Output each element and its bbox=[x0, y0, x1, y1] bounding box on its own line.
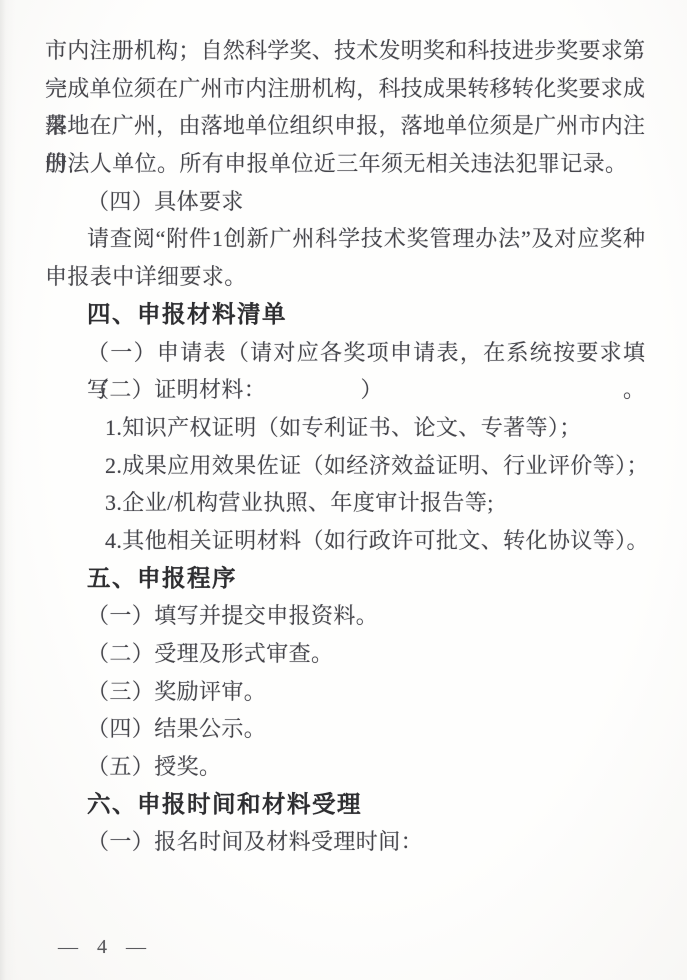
document-line: （四）结果公示。 bbox=[45, 710, 645, 748]
document-line: 1.知识产权证明（如专利证书、论文、专著等）； bbox=[45, 409, 645, 447]
document-line: （一）填写并提交申报资料。 bbox=[45, 597, 645, 635]
section-heading: 六、申报时间和材料受理 bbox=[45, 786, 645, 824]
document-line: 落地在广州，由落地单位组织申报，落地单位须是广州市内注册 bbox=[45, 107, 645, 145]
document-line: （三）奖励评审。 bbox=[45, 673, 645, 711]
document-line: （一）申请表（请对应各奖项申请表，在系统按要求填写）。 bbox=[45, 334, 645, 372]
section-heading: 四、申报材料清单 bbox=[45, 296, 645, 334]
page-number: — 4 — bbox=[58, 936, 148, 959]
document-line: （二）受理及形式审查。 bbox=[45, 635, 645, 673]
document-line: 申报表中详细要求。 bbox=[45, 258, 645, 296]
document-line: 市内注册机构；自然科学奖、技术发明奖和科技进步奖要求第一 bbox=[45, 32, 645, 70]
document-line: （四）具体要求 bbox=[45, 183, 645, 221]
document-line: 3.企业/机构营业执照、年度审计报告等; bbox=[45, 484, 645, 522]
document-line: （五）授奖。 bbox=[45, 748, 645, 786]
scanned-document-page: { "page": { "page_number": "— 4 —", "col… bbox=[0, 0, 687, 980]
document-line: 请查阅“附件1创新广州科学技术奖管理办法”及对应奖种 bbox=[45, 220, 645, 258]
document-line: 2.成果应用效果佐证（如经济效益证明、行业评价等）； bbox=[45, 447, 645, 485]
document-body: 市内注册机构；自然科学奖、技术发明奖和科技进步奖要求第一完成单位须在广州市内注册… bbox=[45, 32, 645, 861]
document-line: 4.其他相关证明材料（如行政许可批文、转化协议等）。 bbox=[45, 522, 645, 560]
document-line: 完成单位须在广州市内注册机构，科技成果转移转化奖要求成果 bbox=[45, 70, 645, 108]
document-line: （一）报名时间及材料受理时间： bbox=[45, 823, 645, 861]
document-line: 的法人单位。所有申报单位近三年须无相关违法犯罪记录。 bbox=[45, 145, 645, 183]
section-heading: 五、申报程序 bbox=[45, 560, 645, 598]
